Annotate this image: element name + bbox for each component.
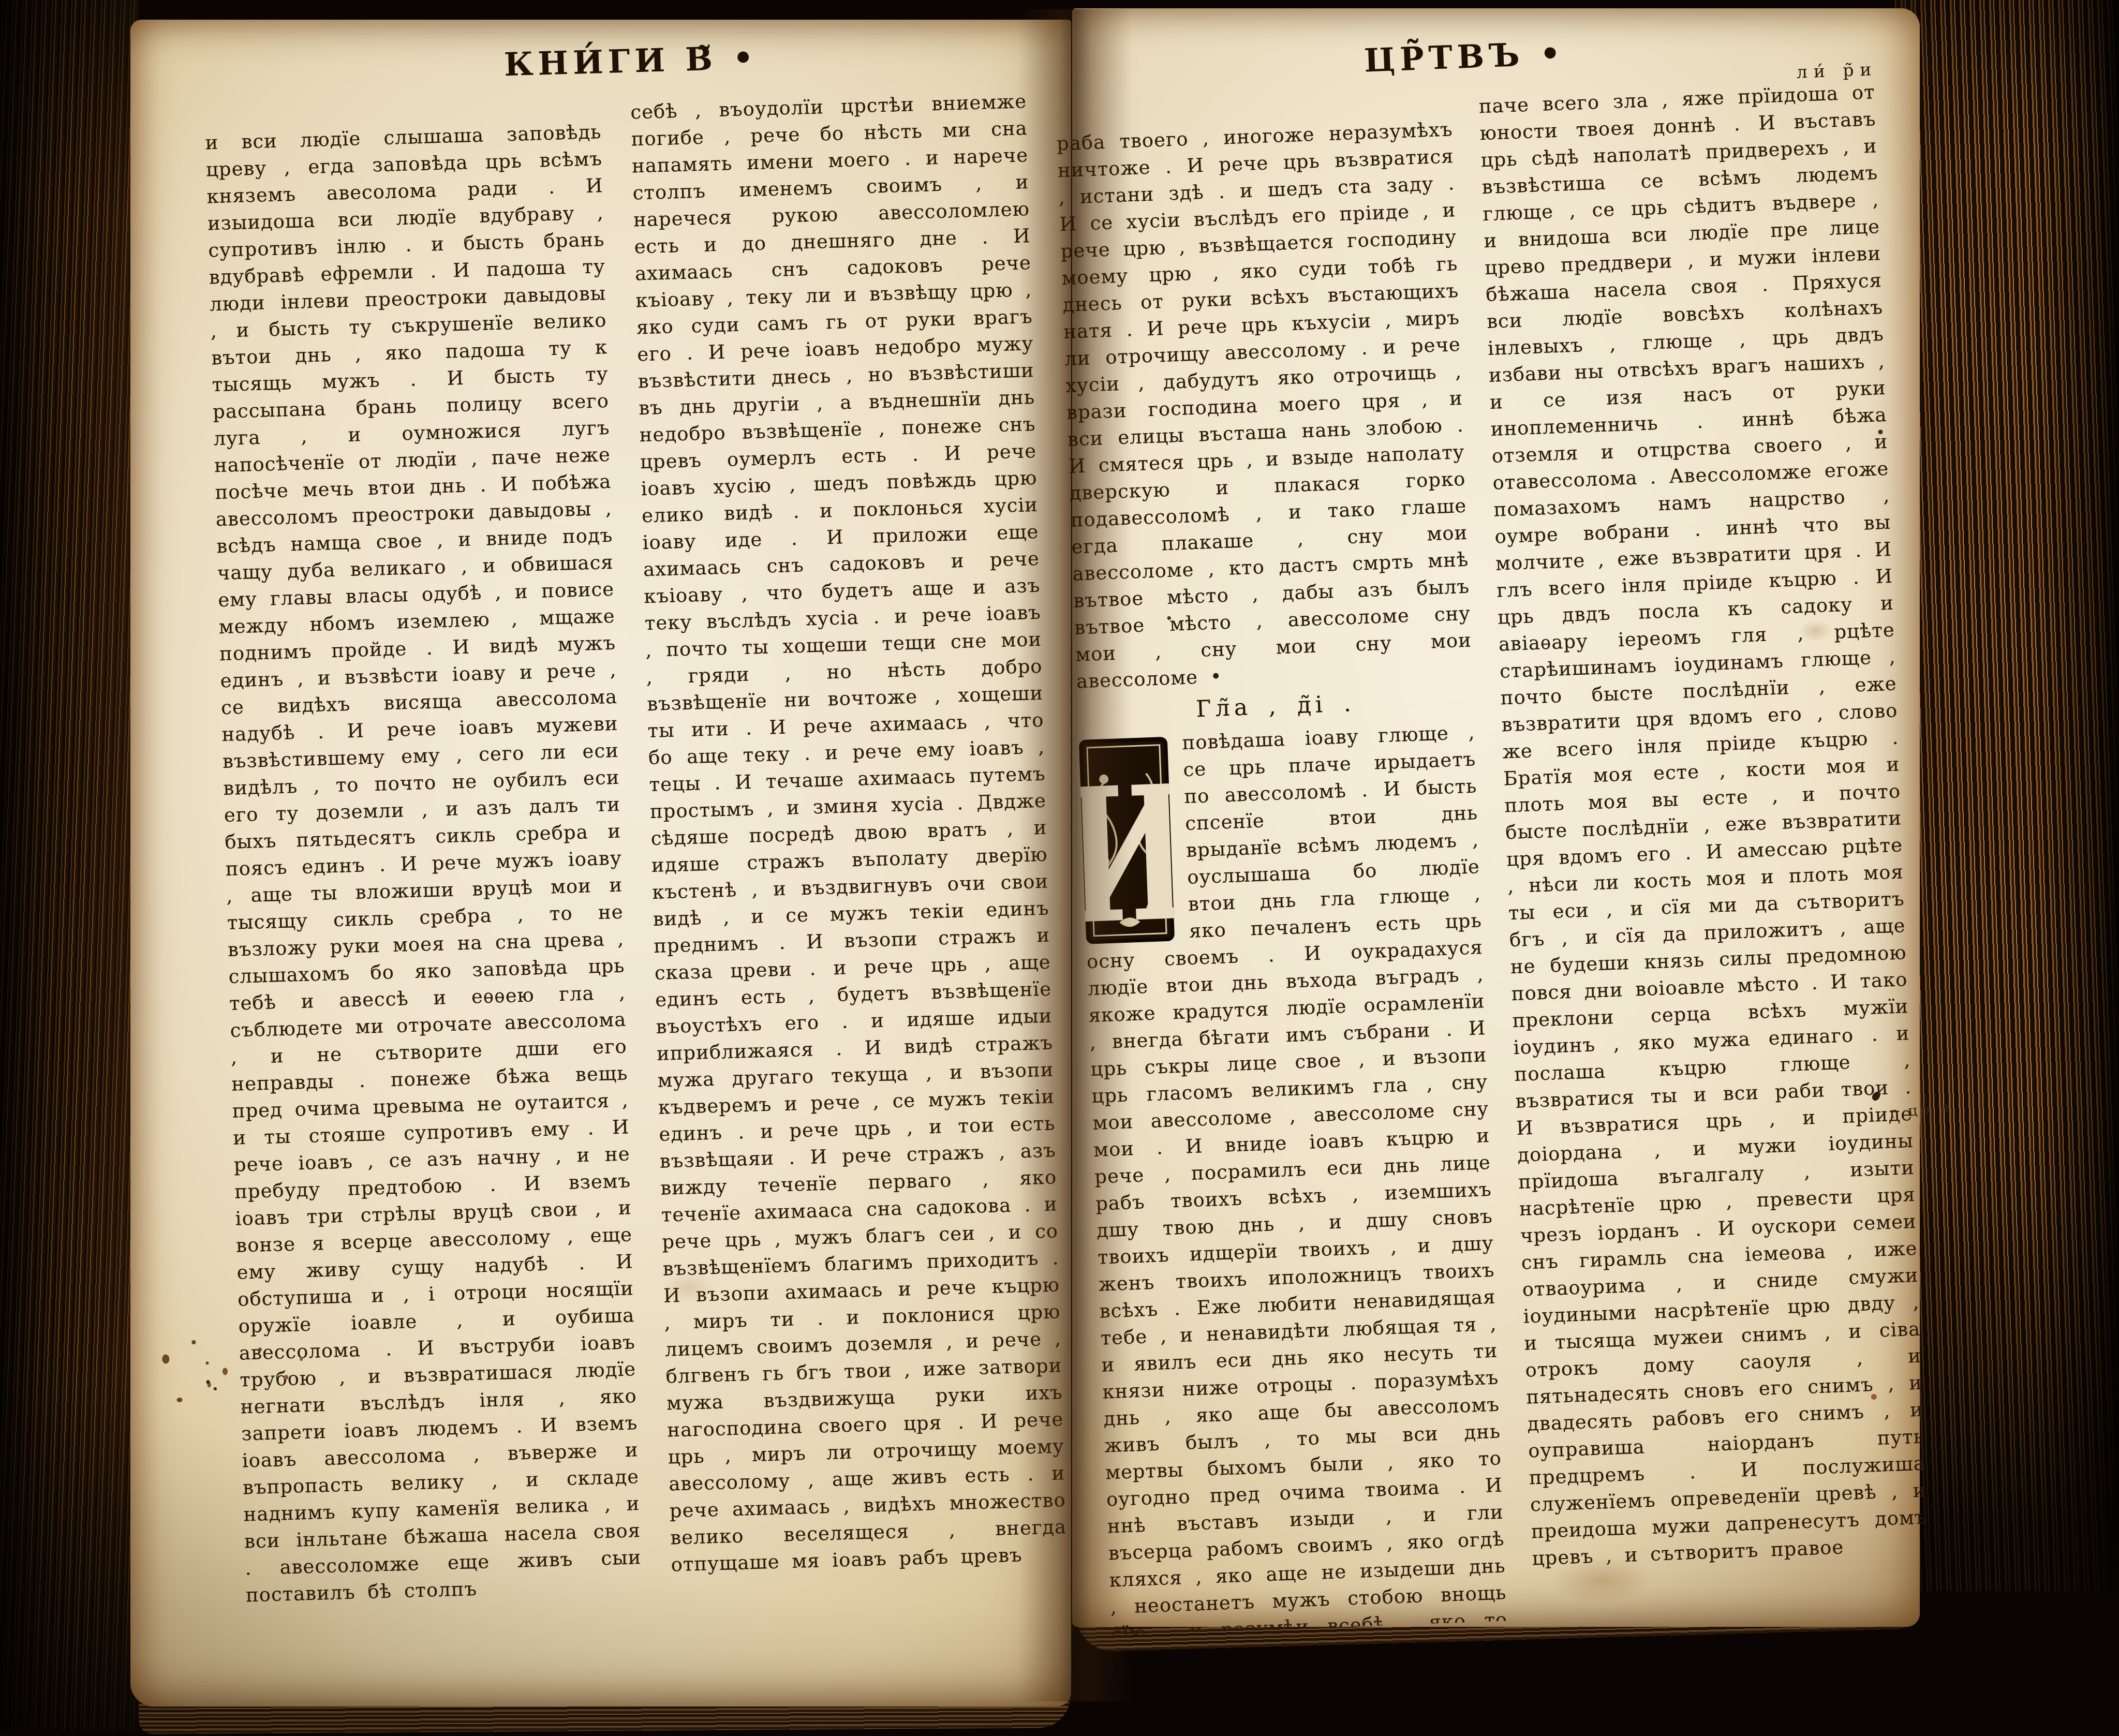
woodcut-initial-frame: И [1078, 736, 1175, 944]
left-page: КНИ́ГИ В̃ • и вси людїе слышаша заповѣдь… [130, 20, 1071, 1707]
left-column-2: себѣ , въоудолїи црстѣи вниемже погибе ,… [630, 88, 1069, 1625]
running-title-left: КНИ́ГИ В̃ • [491, 38, 772, 84]
chapter-opening-paragraph: И повѣдаша іоаву глюще , се црь плаче ир… [1078, 719, 1507, 1635]
old-book-photo: КНИ́ГИ В̃ • и вси людїе слышаша заповѣдь… [0, 0, 2119, 1736]
column-text-before-chapter: раба твоего , иногоже неразумѣхъ ничтоже… [1056, 118, 1472, 692]
ink-speck-cluster [108, 7, 1048, 33]
initial-letter: И [1078, 744, 1175, 944]
right-column-2: паче всего зла , яже прїидоша от юности … [1478, 79, 1930, 1608]
left-page-content: КНИ́ГИ В̃ • и вси людїе слышаша заповѣдь… [108, 7, 1095, 1719]
handwritten-margin-dots [108, 7, 1048, 33]
right-page-content: ЦР̃ТВЪ • ли́ р̃и раба твоего , иногоже н… [1044, 0, 1951, 1642]
folio-number: ли́ р̃и [1796, 58, 1910, 82]
ornate-initial-woodcut: И [1078, 736, 1175, 944]
left-column-1: и вси людїе слышаша заповѣдь цреву , егд… [205, 118, 643, 1635]
right-column-1: раба твоего , иногоже неразумѣхъ ничтоже… [1056, 116, 1507, 1635]
right-page: ЦР̃ТВЪ • ли́ р̃и раба твоего , иногоже н… [1072, 8, 1920, 1627]
running-title-right: ЦР̃ТВЪ • [1324, 33, 1605, 81]
